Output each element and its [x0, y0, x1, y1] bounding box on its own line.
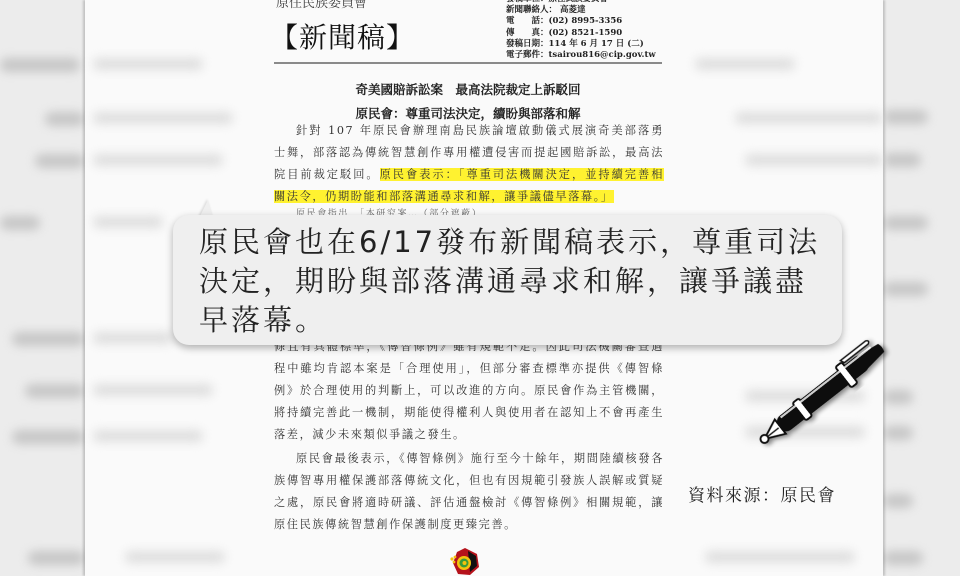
blurred-page-text: [93, 216, 163, 228]
organization-name: 原住民族委員會: [276, 0, 367, 11]
header-divider: [274, 62, 662, 64]
blurred-page-text: [745, 154, 883, 166]
blurred-page-text: [695, 58, 795, 70]
source-credit: 資料來源：原民會: [688, 481, 836, 506]
blurred-page-text: [93, 112, 233, 124]
contact-person: 新聞聯絡人： 高菱達: [506, 5, 656, 16]
blurred-background-text: [12, 430, 85, 444]
blurred-page-text: [93, 332, 173, 344]
blurred-page-text: [735, 112, 883, 124]
blurred-background-text: [883, 282, 928, 296]
blurred-background-text: [883, 216, 928, 230]
blurred-background-text: [0, 216, 40, 230]
blurred-background-text: [45, 112, 85, 126]
contact-block: 發稿單位：原住民族委員會 新聞聯絡人： 高菱達 電 話：(02) 8995-33…: [506, 0, 656, 61]
phone: 電 話：(02) 8995-3356: [506, 16, 656, 27]
fountain-pen-icon: [748, 322, 898, 462]
headline-main: 奇美國賠訴訟案 最高法院裁定上訴駁回: [270, 80, 666, 98]
release-date: 發稿日期：114 年 6 月 17 日 (二): [506, 39, 656, 50]
fax: 傳 真：(02) 8521-1590: [506, 28, 656, 39]
blurred-page-text: [93, 58, 203, 70]
blurred-page-text: [93, 384, 213, 396]
blurred-background-text: [25, 384, 85, 398]
blurred-page-text: [125, 551, 225, 563]
document-type-title: 【新聞稿】: [270, 16, 415, 56]
caption-bubble: 原民會也在6/17發布新聞稿表示，尊重司法決定，期盼與部落溝通尋求和解，讓爭議盡…: [173, 215, 842, 345]
blurred-background-text: [12, 332, 85, 346]
caption-text: 原民會也在6/17發布新聞稿表示，尊重司法決定，期盼與部落溝通尋求和解，讓爭議盡…: [199, 223, 829, 340]
paragraph-3: 條且有具體標準，《傳智條例》雖有規範不足。因此司法機關審查過程中雖均肯認本案是「…: [274, 336, 664, 446]
cip-logo: [448, 546, 482, 576]
email: 電子郵件：tsairou816@cip.gov.tw: [506, 50, 656, 61]
blurred-page-text: [93, 154, 223, 166]
blurred-page-text: [705, 551, 855, 563]
blurred-background-text: [883, 551, 923, 565]
paragraph-1: 針對 107 年原民會辦理南島民族論壇啟動儀式展演奇美部落勇士舞，部落認為傳統智…: [274, 120, 664, 208]
blurred-background-text: [28, 551, 85, 565]
blurred-background-text: [883, 110, 928, 124]
blurred-background-text: [35, 154, 85, 168]
blurred-background-text: [883, 494, 913, 508]
blurred-background-text: [883, 153, 921, 167]
blurred-background-text: [0, 58, 80, 72]
paragraph-4: 原民會最後表示，《傳智條例》施行至今十餘年，期間陸續核發各族傳智專用權保護部落傳…: [274, 448, 664, 536]
blurred-page-text: [93, 430, 203, 442]
